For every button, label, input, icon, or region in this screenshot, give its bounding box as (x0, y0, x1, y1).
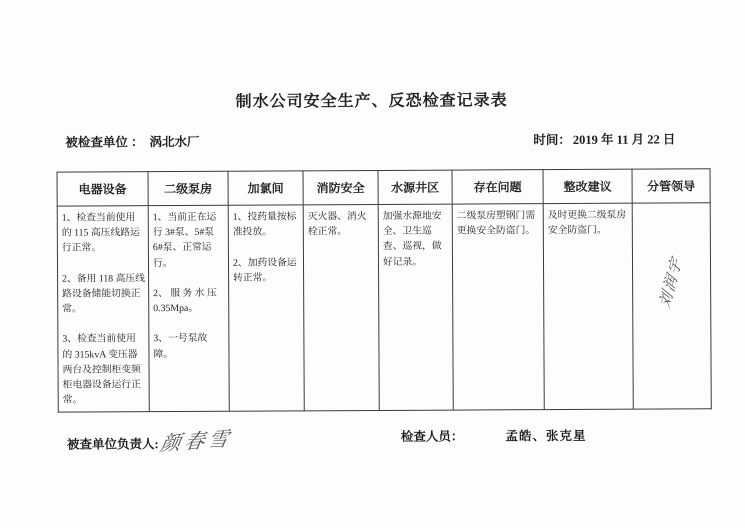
header-fire-safety: 消防安全 (303, 170, 378, 204)
responsible-person-field: 被查单位负责人:颜春雪 (67, 425, 233, 455)
inspectors-field: 检查人员：孟皓、张克星 (401, 426, 587, 445)
page-title: 制水公司安全生产、反恐检查记录表 (0, 86, 744, 113)
scanned-document-page: 制水公司安全生产、反恐检查记录表 被检查单位 ：涡北水厂 时间：2019 年 1… (0, 0, 745, 526)
header-problems: 存在问题 (452, 170, 543, 204)
time-label: 时间： (533, 133, 571, 147)
leader-handwritten-signature: 刘润宇 (655, 253, 689, 313)
responsible-person-label: 被查单位负责人: (67, 437, 159, 451)
inspection-record-table: 电器设备 二级泵房 加氯间 消防安全 水源井区 存在问题 整改建议 分管领导 1… (57, 168, 712, 413)
header-electrical: 电器设备 (57, 172, 148, 206)
table-header-row: 电器设备 二级泵房 加氯间 消防安全 水源井区 存在问题 整改建议 分管领导 (57, 169, 710, 206)
time-value: 2019 年 11 月 22 日 (573, 132, 676, 147)
inspected-unit-label: 被检查单位 ： (65, 135, 143, 149)
cell-problems: 二级泵房塑钢门需更换安全防盗门。 (452, 204, 544, 411)
cell-fire-safety: 灭火器、消火栓正常。 (303, 204, 379, 411)
responsible-handwritten-signature: 颜春雪 (158, 422, 235, 457)
inspected-unit-field: 被检查单位 ：涡北水厂 (65, 132, 199, 151)
cell-leader-signature: 刘润宇 (632, 203, 711, 410)
footer-row: 被查单位负责人:颜春雪 检查人员：孟皓、张克星 (1, 422, 745, 426)
header-leader: 分管领导 (632, 169, 710, 203)
header-chlorine-room: 加氯间 (228, 171, 303, 205)
header-suggestions: 整改建议 (543, 169, 632, 203)
inspectors-label: 检查人员： (401, 430, 464, 444)
cell-chlorine-room: 1、投药量按标准投放。 2、加药设备运转正常。 (228, 205, 304, 412)
header-pump-room: 二级泵房 (148, 171, 228, 205)
time-field: 时间：2019 年 11 月 22 日 (533, 129, 675, 148)
header-water-source: 水源井区 (378, 170, 452, 204)
table-body-row: 1、检查当前使用的 115 高压线路运行正常。 2、备用 118 高压线路设备储… (57, 203, 711, 413)
cell-pump-room: 1、当前正在运行 3#泵、5#泵 6#泵、正常运行。 2、 服 务 水 压 0.… (148, 205, 229, 412)
cell-suggestions: 及时更换二级泵房安全防盗门。 (543, 203, 633, 410)
meta-row: 被检查单位 ：涡北水厂 时间：2019 年 11 月 22 日 (0, 129, 744, 133)
cell-electrical: 1、检查当前使用的 115 高压线路运行正常。 2、备用 118 高压线路设备储… (57, 206, 149, 413)
inspectors-names: 孟皓、张克星 (505, 429, 586, 443)
cell-water-source: 加强水源地安全、卫生巡查、巡视，做好记录。 (378, 204, 453, 411)
inspected-unit-value: 涡北水厂 (149, 135, 199, 149)
